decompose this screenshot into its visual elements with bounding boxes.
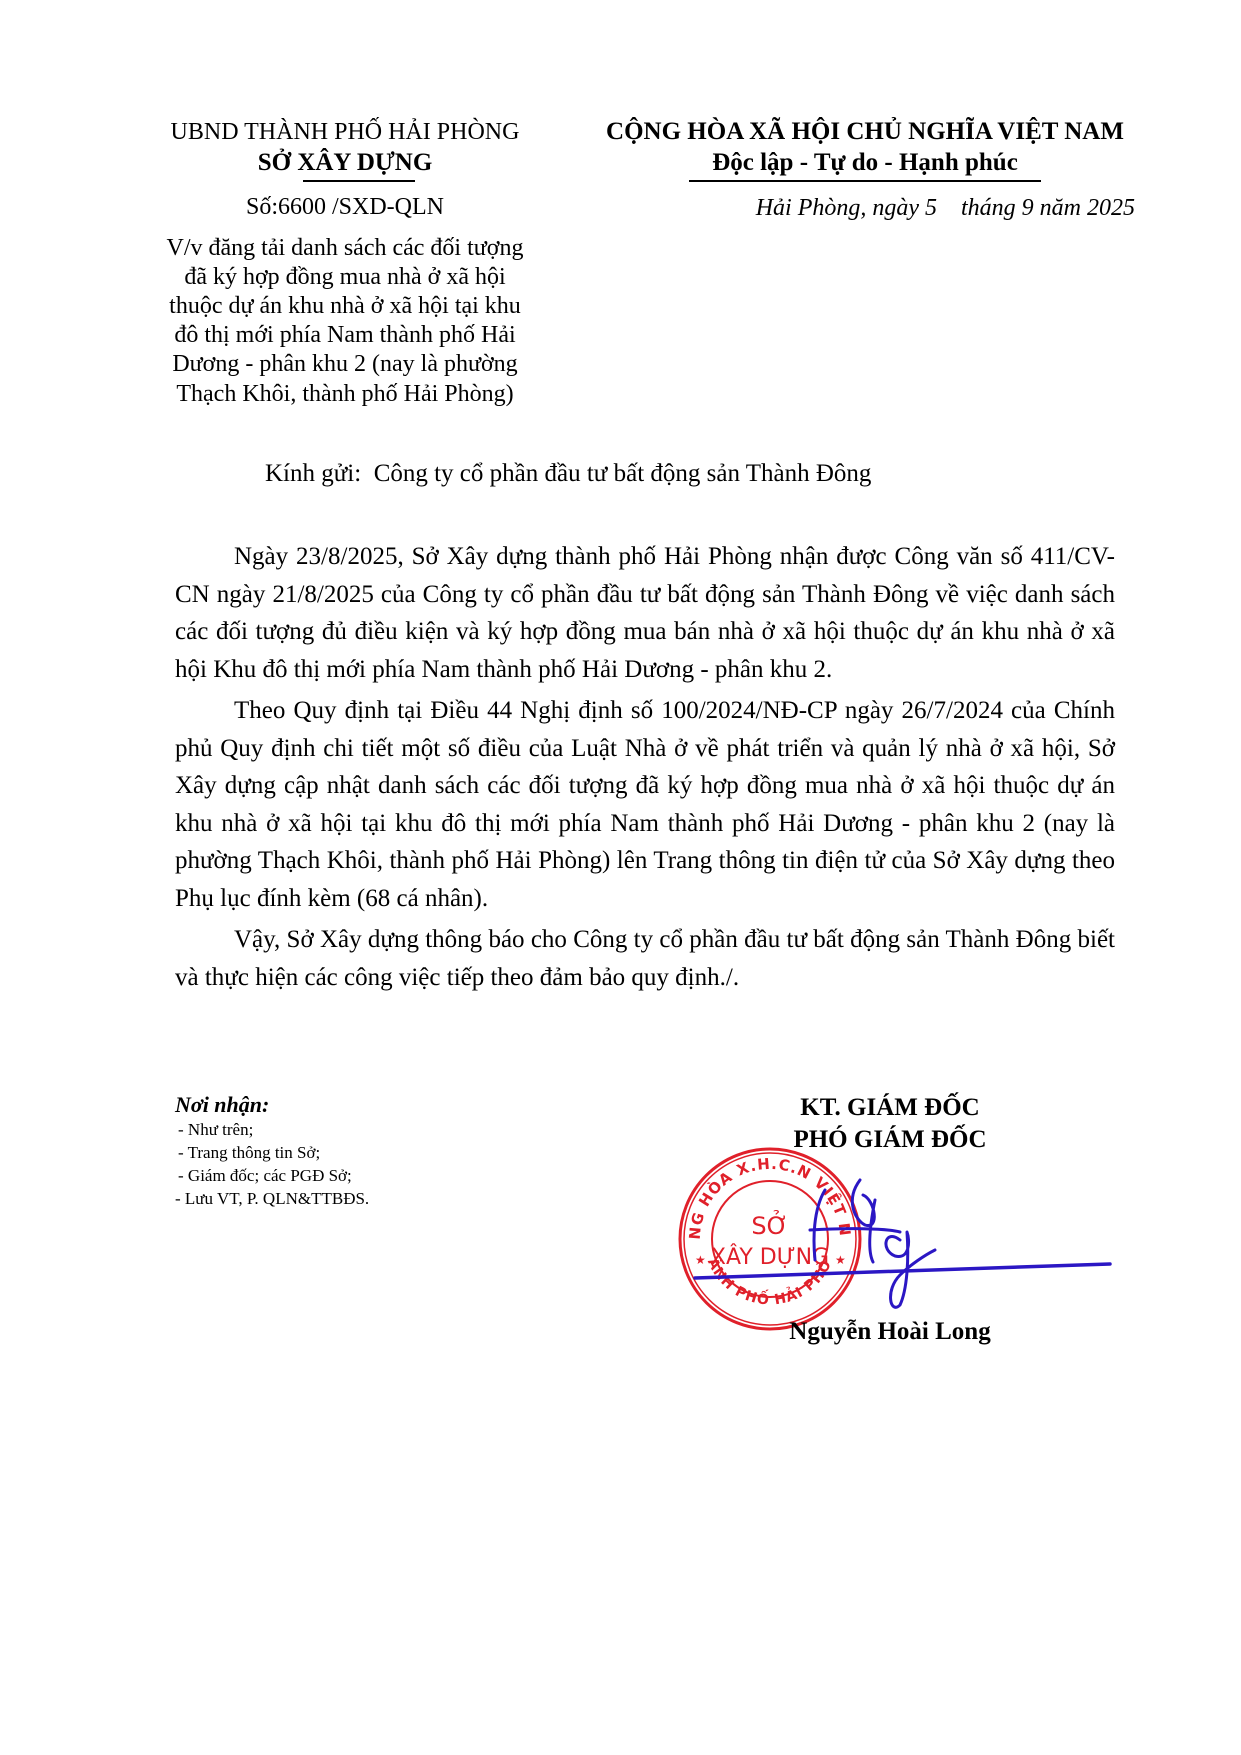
subject-line: Thạch Khôi, thành phố Hải Phòng) <box>140 380 550 409</box>
subject-line: V/v đăng tải danh sách các đối tượng <box>140 234 550 263</box>
department-suffix: XÂY DỰNG <box>297 149 432 176</box>
subject-line: đã ký hợp đồng mua nhà ở xã hội <box>140 263 550 292</box>
receiver-item: - Lưu VT, P. QLN&TTBĐS. <box>175 1187 475 1210</box>
signer-name: Nguyễn Hoài Long <box>700 1316 1080 1348</box>
receiver-item: - Giám đốc; các PGĐ Sở; <box>175 1164 475 1187</box>
subject-line: Dương - phân khu 2 (nay là phường <box>140 350 550 379</box>
recipient-line: Kính gửi: Công ty cổ phần đầu tư bất độn… <box>265 459 871 489</box>
department-underline <box>303 180 415 182</box>
national-header-block: CỘNG HÒA XÃ HỘI CHỦ NGHĨA VIỆT NAM Độc l… <box>575 117 1155 223</box>
receiver-item: - Trang thông tin Sở; <box>175 1141 475 1164</box>
issuing-authority-block: UBND THÀNH PHỐ HẢI PHÒNG SỞ XÂY DỰNG Số:… <box>140 117 550 409</box>
document-subject: V/v đăng tải danh sách các đối tượng đã … <box>140 234 550 409</box>
body-paragraph: Ngày 23/8/2025, Sở Xây dựng thành phố Hả… <box>175 538 1115 688</box>
department-name: SỞ XÂY DỰNG <box>140 147 550 179</box>
receiver-item: - Như trên; <box>175 1118 475 1141</box>
handwritten-signature-icon <box>685 1170 1115 1320</box>
national-motto: Độc lập - Tự do - Hạnh phúc <box>575 147 1155 179</box>
authority-name: UBND THÀNH PHỐ HẢI PHÒNG <box>140 117 550 147</box>
body-paragraph: Vậy, Sở Xây dựng thông báo cho Công ty c… <box>175 921 1115 996</box>
document-number: Số:6600 /SXD-QLN <box>140 192 550 222</box>
letter-body: Ngày 23/8/2025, Sở Xây dựng thành phố Hả… <box>175 538 1115 1000</box>
place-and-date: Hải Phòng, ngày 5 tháng 9 năm 2025 <box>575 193 1155 223</box>
receivers-block: Nơi nhận: - Như trên; - Trang thông tin … <box>175 1091 475 1210</box>
country-name: CỘNG HÒA XÃ HỘI CHỦ NGHĨA VIỆT NAM <box>575 117 1155 147</box>
motto-underline <box>689 180 1041 182</box>
subject-line: thuộc dự án khu nhà ở xã hội tại khu <box>140 292 550 321</box>
body-paragraph: Theo Quy định tại Điều 44 Nghị định số 1… <box>175 692 1115 917</box>
signer-on-behalf: KT. GIÁM ĐỐC <box>700 1092 1080 1124</box>
department-prefix: SỞ <box>258 149 298 176</box>
receivers-title: Nơi nhận: <box>175 1091 475 1118</box>
subject-line: đô thị mới phía Nam thành phố Hải <box>140 321 550 350</box>
